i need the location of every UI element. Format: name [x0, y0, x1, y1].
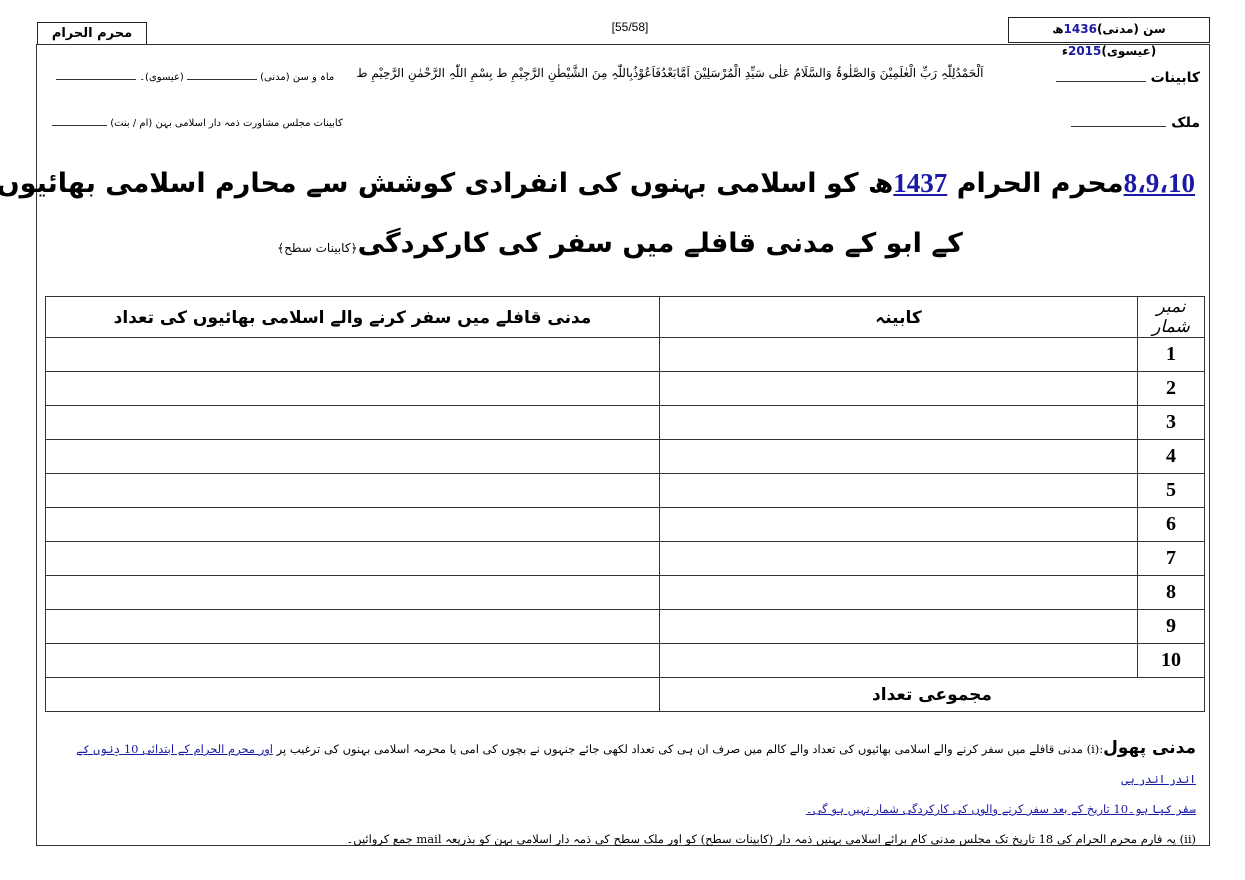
count-cell[interactable]	[46, 576, 660, 610]
count-cell[interactable]	[46, 406, 660, 440]
cabinet-field[interactable]: کابینات	[1056, 70, 1200, 86]
subtitle-suffix: ﴿کابینات سطح﴾	[277, 241, 357, 255]
serial-cell: 2	[1138, 372, 1205, 406]
total-row: مجموعی تعداد	[46, 678, 1205, 712]
cabinet-input[interactable]	[1056, 81, 1146, 82]
notes-section: مدنی پھول:(i) مدنی قافلے میں سفر کرنے وا…	[66, 733, 1196, 854]
title-part-a: محرم الحرام	[947, 168, 1123, 199]
col-count-header: مدنی قافلے میں سفر کرنے والے اسلامی بھائ…	[46, 297, 660, 338]
country-label: ملک	[1171, 115, 1200, 131]
hijri-year: 1436	[1064, 22, 1097, 36]
cabinet-label: کابینات	[1151, 70, 1200, 86]
cabinet-cell[interactable]	[660, 610, 1138, 644]
serial-cell: 6	[1138, 508, 1205, 542]
invocation-text: اَلْحَمْدُلِلّٰہِ رَبِّ الْعٰلَمِیْنَ وَ…	[330, 66, 1010, 80]
serial-cell: 4	[1138, 440, 1205, 474]
page-subtitle: کے ابو کے مدنی قافلے میں سفر کی کارکردگی…	[45, 228, 1195, 259]
count-cell[interactable]	[46, 610, 660, 644]
serial-cell: 5	[1138, 474, 1205, 508]
country-field[interactable]: ملک	[1071, 115, 1200, 131]
serial-cell: 10	[1138, 644, 1205, 678]
table-row: 2	[46, 372, 1205, 406]
table-row: 10	[46, 644, 1205, 678]
count-cell[interactable]	[46, 542, 660, 576]
notes-heading: مدنی پھول	[1103, 738, 1196, 758]
year-box: سن (مدنی)1436ھ (عیسوی)2015ء	[1008, 17, 1210, 43]
month-tab: محرم الحرام	[37, 22, 147, 45]
col-serial-header: نمبر شمار	[1138, 297, 1205, 338]
table-header-row: نمبر شمار کابینہ مدنی قافلے میں سفر کرنے…	[46, 297, 1205, 338]
total-value-cell[interactable]	[46, 678, 660, 712]
cabinet-cell[interactable]	[660, 542, 1138, 576]
month-year-field[interactable]: ماہ و سن (مدنی) (عیسوی)۔	[56, 72, 334, 83]
cabinet-cell[interactable]	[660, 440, 1138, 474]
page-indicator: [55/58]	[560, 20, 700, 34]
table-row: 4	[46, 440, 1205, 474]
note-2-text: (ii) یہ فارم محرم الحرام کی 18 تاریخ تک …	[346, 832, 1196, 846]
note-1-highlight-cont: سفر کیا ہو۔10 تاریخ کے بعد سفر کرنے والو…	[806, 802, 1196, 816]
title-year: 1437	[893, 168, 947, 198]
month-year-label: ماہ و سن (مدنی)	[260, 72, 334, 83]
responsible-label: کابینات مجلس مشاورت ذمہ دار اسلامی بہن (…	[110, 118, 343, 129]
page-title: 8،9،10محرم الحرام 1437ھ کو اسلامی بہنوں …	[45, 168, 1195, 199]
country-input[interactable]	[1071, 126, 1166, 127]
table-row: 1	[46, 338, 1205, 372]
responsible-field[interactable]: کابینات مجلس مشاورت ذمہ دار اسلامی بہن (…	[52, 118, 343, 129]
cabinet-cell[interactable]	[660, 576, 1138, 610]
year-prefix: سن (مدنی)	[1097, 22, 1166, 36]
table-row: 7	[46, 542, 1205, 576]
table-row: 8	[46, 576, 1205, 610]
cabinet-cell[interactable]	[660, 372, 1138, 406]
count-cell[interactable]	[46, 440, 660, 474]
serial-cell: 3	[1138, 406, 1205, 440]
table-row: 5	[46, 474, 1205, 508]
count-cell[interactable]	[46, 372, 660, 406]
cabinet-cell[interactable]	[660, 338, 1138, 372]
col-cabinet-header: کابینہ	[660, 297, 1138, 338]
total-label-cell: مجموعی تعداد	[660, 678, 1205, 712]
subtitle-text: کے ابو کے مدنی قافلے میں سفر کی کارکردگی	[358, 228, 963, 259]
cabinet-cell[interactable]	[660, 508, 1138, 542]
table-row: 9	[46, 610, 1205, 644]
table-row: 3	[46, 406, 1205, 440]
responsible-input[interactable]	[52, 125, 107, 126]
cabinet-cell[interactable]	[660, 406, 1138, 440]
count-cell[interactable]	[46, 508, 660, 542]
report-table: نمبر شمار کابینہ مدنی قافلے میں سفر کرنے…	[45, 296, 1205, 712]
serial-cell: 1	[1138, 338, 1205, 372]
madani-year-input[interactable]	[187, 79, 257, 80]
title-dates: 8،9،10	[1124, 168, 1195, 198]
serial-cell: 7	[1138, 542, 1205, 576]
cabinet-cell[interactable]	[660, 644, 1138, 678]
gregorian-year-input[interactable]	[56, 79, 136, 80]
serial-cell: 9	[1138, 610, 1205, 644]
count-cell[interactable]	[46, 338, 660, 372]
serial-cell: 8	[1138, 576, 1205, 610]
title-part-b: ھ کو اسلامی بہنوں کی انفرادی کوشش سے محا…	[0, 168, 893, 199]
count-cell[interactable]	[46, 474, 660, 508]
count-cell[interactable]	[46, 644, 660, 678]
gregorian-label: (عیسوی)۔	[139, 72, 184, 83]
note-1-text: :(i) مدنی قافلے میں سفر کرنے والے اسلامی…	[273, 742, 1103, 756]
table-row: 6	[46, 508, 1205, 542]
cabinet-cell[interactable]	[660, 474, 1138, 508]
